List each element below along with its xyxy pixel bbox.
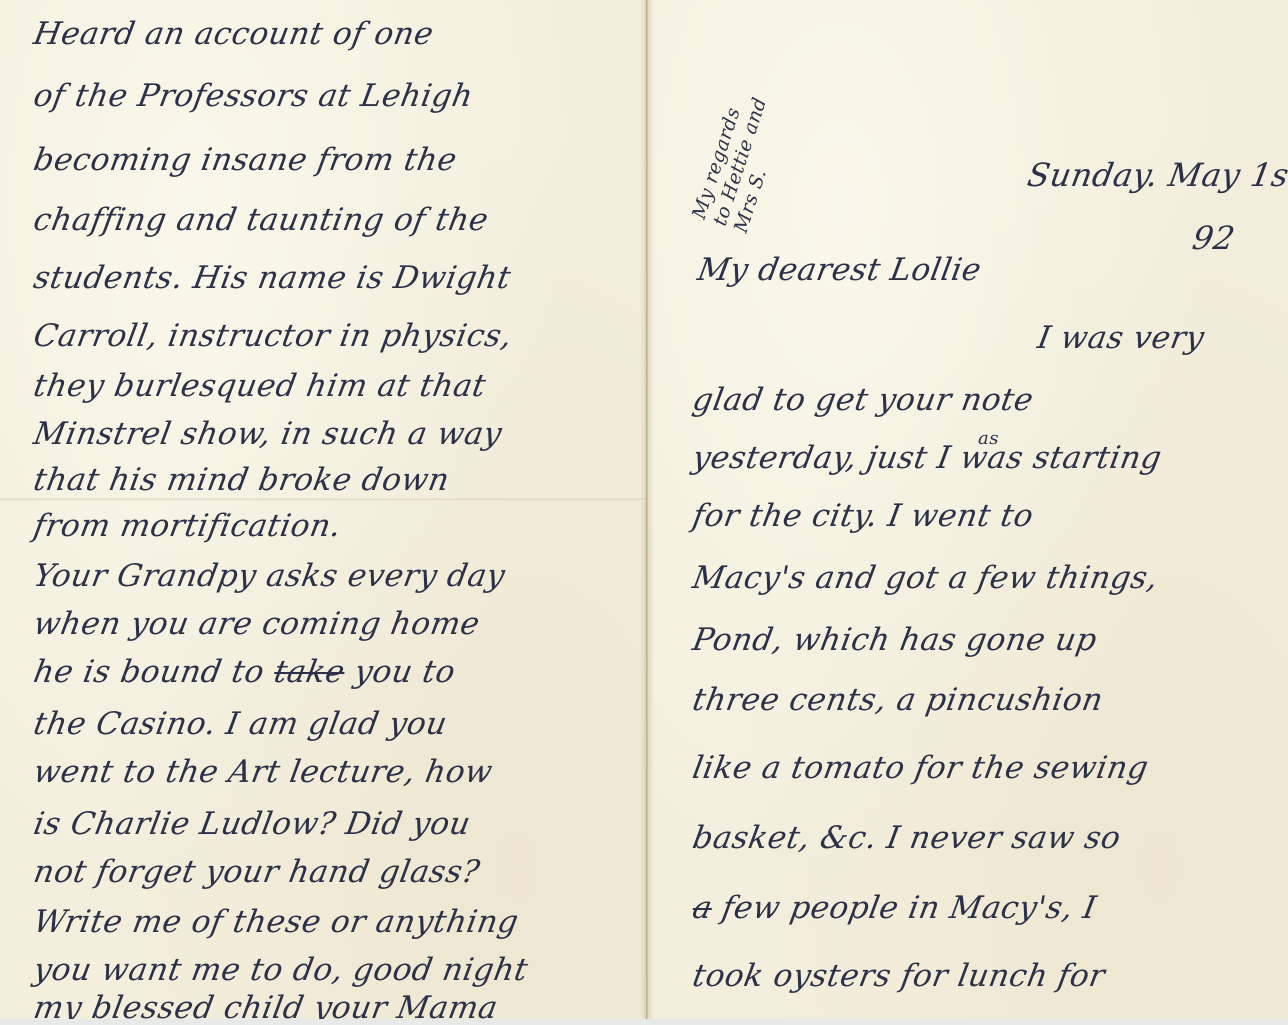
letter-line: for the city. I went to bbox=[689, 496, 1036, 536]
letter-line: not forget your hand glass? bbox=[30, 852, 483, 892]
letter-line: I was very bbox=[1034, 318, 1207, 358]
line-text: he is bound to bbox=[31, 654, 278, 690]
line-text: few people in Macy's, I bbox=[709, 890, 1099, 926]
line-text: you to bbox=[341, 654, 458, 690]
letter-line: like a tomato for the sewing bbox=[689, 748, 1151, 788]
letter-line: Carroll, instructor in physics, bbox=[30, 316, 515, 356]
letter-line: glad to get your note bbox=[689, 380, 1036, 420]
letter-line: you want me to do, good night bbox=[30, 950, 531, 990]
letter-line: yesterday, just I was starting bbox=[689, 438, 1164, 478]
letter-line: basket, &c. I never saw so bbox=[689, 818, 1124, 858]
gutter-shadow bbox=[640, 0, 646, 1019]
letter-line: Minstrel show, in such a way bbox=[30, 414, 505, 454]
letter-line: Your Grandpy asks every day bbox=[30, 556, 508, 596]
letter-line: that his mind broke down bbox=[30, 460, 452, 500]
letter-line: chaffing and taunting of the bbox=[30, 200, 491, 240]
letter-line-with-strikethrough: he is bound to take you to bbox=[30, 652, 458, 692]
letter-line: Write me of these or anything bbox=[30, 902, 521, 942]
letter-line: three cents, a pincushion bbox=[689, 680, 1106, 720]
letter-spread: Heard an account of one of the Professor… bbox=[0, 0, 1288, 1019]
letter-line: becoming insane from the bbox=[30, 140, 460, 180]
date-month-day: May 1st bbox=[1166, 156, 1288, 194]
gutter-shadow bbox=[648, 0, 654, 1019]
letter-line: they burlesqued him at that bbox=[30, 366, 489, 406]
letter-line: Pond, which has gone up bbox=[689, 620, 1100, 660]
letter-year: 92 bbox=[1189, 218, 1238, 258]
date-day: Sunday. bbox=[1025, 156, 1162, 194]
right-page: My regards to Hettie and Mrs S. Sunday. … bbox=[647, 0, 1288, 1019]
margin-note: My regards to Hettie and Mrs S. bbox=[688, 15, 848, 246]
letter-line: Heard an account of one bbox=[30, 14, 436, 54]
letter-line: Macy's and got a few things, bbox=[689, 558, 1161, 598]
letter-line: the Casino. I am glad you bbox=[30, 704, 450, 744]
scan-border bbox=[0, 1019, 1288, 1025]
letter-line-with-strikethrough: a few people in Macy's, I bbox=[689, 888, 1099, 928]
letter-line: took oysters for lunch for bbox=[689, 956, 1108, 996]
letter-line: students. His name is Dwight bbox=[30, 258, 514, 298]
letter-line: when you are coming home bbox=[30, 604, 483, 644]
left-page: Heard an account of one of the Professor… bbox=[0, 0, 647, 1019]
letter-line: of the Professors at Lehigh bbox=[30, 76, 476, 116]
struck-word: take bbox=[271, 654, 347, 690]
letter-line: is Charlie Ludlow? Did you bbox=[30, 804, 473, 844]
letter-line: from mortification. bbox=[30, 506, 344, 546]
letter-line: went to the Art lecture, how bbox=[30, 752, 495, 792]
letter-salutation: My dearest Lollie bbox=[694, 250, 984, 290]
letter-date: Sunday. May 1st bbox=[1024, 155, 1288, 195]
letter-signature-line: my blessed child your Mama bbox=[30, 988, 501, 1019]
